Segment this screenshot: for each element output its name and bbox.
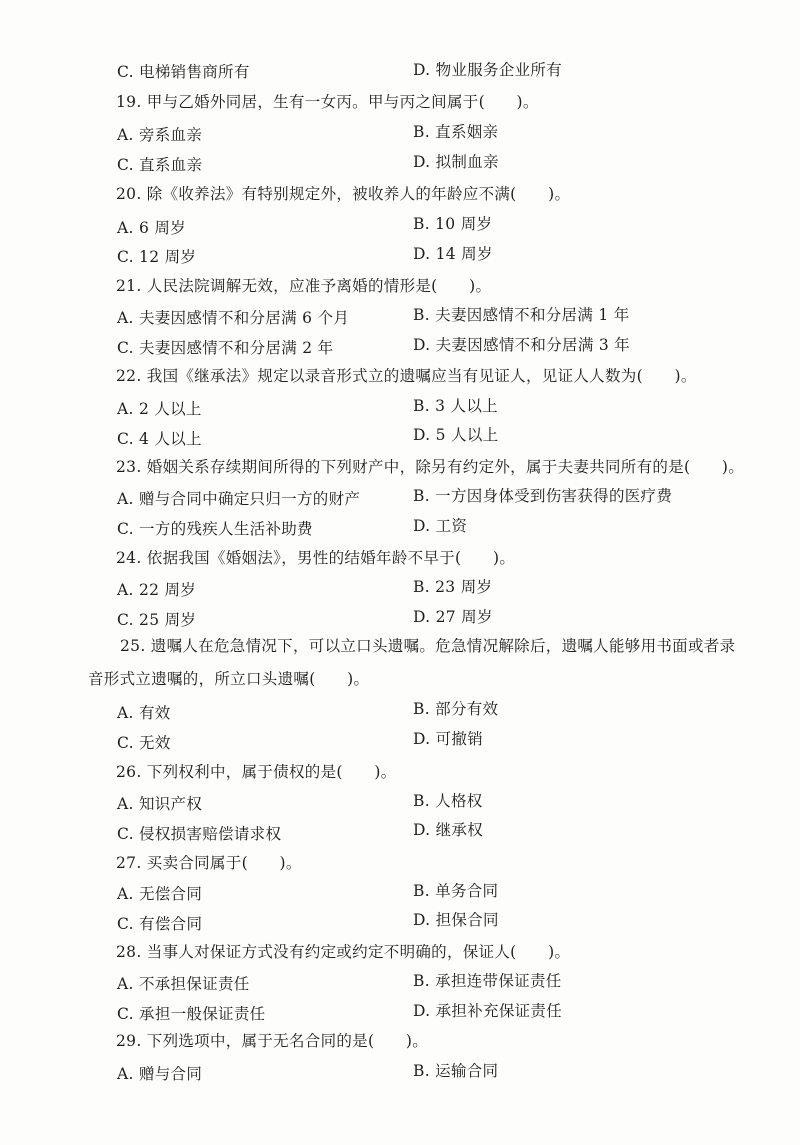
question-stem: 19. 甲与乙婚外同居，生有一女丙。甲与丙之间属于( )。 bbox=[116, 92, 539, 112]
question-stem-continuation: 音形式立遗嘱的，所立口头遗嘱( )。 bbox=[88, 669, 369, 689]
answer-option: D. 工资 bbox=[413, 516, 467, 536]
question-stem: 24. 依据我国《婚姻法》，男性的结婚年龄不早于( )。 bbox=[116, 548, 515, 568]
answer-option: C. 侵权损害赔偿请求权 bbox=[117, 824, 281, 844]
answer-option: B. 一方因身体受到伤害获得的医疗费 bbox=[413, 486, 672, 506]
answer-option: C. 承担一般保证责任 bbox=[117, 1004, 265, 1024]
answer-option: D. 继承权 bbox=[413, 820, 483, 840]
answer-option: D. 承担补充保证责任 bbox=[413, 1001, 562, 1021]
answer-option: D. 可撤销 bbox=[413, 729, 483, 749]
question-stem: 27. 买卖合同属于( )。 bbox=[116, 853, 302, 873]
answer-option: B. 人格权 bbox=[413, 791, 483, 811]
answer-option: D. 14 周岁 bbox=[413, 244, 493, 264]
question-stem: 26. 下列权利中，属于债权的是( )。 bbox=[116, 762, 396, 782]
answer-option: A. 知识产权 bbox=[117, 794, 202, 814]
answer-option: C. 12 周岁 bbox=[117, 247, 196, 267]
answer-option: B. 部分有效 bbox=[413, 699, 498, 719]
answer-option: D. 夫妻因感情不和分居满 3 年 bbox=[413, 335, 630, 355]
answer-option: B. 3 人以上 bbox=[413, 396, 498, 416]
question-stem: 21. 人民法院调解无效，应准予离婚的情形是( )。 bbox=[116, 276, 491, 296]
answer-option: B. 夫妻因感情不和分居满 1 年 bbox=[413, 305, 630, 325]
question-stem: 25. 遗嘱人在危急情况下，可以立口头遗嘱。危急情况解除后，遗嘱人能够用书面或者… bbox=[120, 636, 735, 656]
answer-option: C. 无效 bbox=[117, 733, 171, 753]
answer-option: B. 10 周岁 bbox=[413, 214, 492, 234]
answer-option: A. 不承担保证责任 bbox=[117, 974, 250, 994]
answer-option: C. 夫妻因感情不和分居满 2 年 bbox=[117, 338, 333, 358]
answer-option: A. 22 周岁 bbox=[117, 580, 196, 600]
answer-option: C. 4 人以上 bbox=[117, 429, 202, 449]
question-stem: 28. 当事人对保证方式没有约定或约定不明确的，保证人( )。 bbox=[116, 942, 570, 962]
answer-option: B. 单务合同 bbox=[413, 881, 498, 901]
answer-option: A. 6 周岁 bbox=[117, 218, 186, 238]
answer-option: D. 5 人以上 bbox=[413, 425, 498, 445]
answer-option: D. 担保合同 bbox=[413, 910, 499, 930]
question-stem: 20. 除《收养法》有特别规定外，被收养人的年龄应不满( )。 bbox=[116, 184, 570, 204]
answer-option: A. 有效 bbox=[117, 703, 171, 723]
question-stem: 22. 我国《继承法》规定以录音形式立的遗嘱应当有见证人，见证人人数为( )。 bbox=[116, 366, 697, 386]
answer-option: A. 无偿合同 bbox=[117, 884, 202, 904]
answer-option: C. 电梯销售商所有 bbox=[117, 62, 250, 82]
answer-option: B. 运输合同 bbox=[413, 1061, 498, 1081]
answer-option: D. 拟制血亲 bbox=[413, 152, 499, 172]
question-stem: 23. 婚姻关系存续期间所得的下列财产中，除另有约定外，属于夫妻共同所有的是( … bbox=[116, 457, 744, 477]
answer-option: C. 一方的残疾人生活补助费 bbox=[117, 519, 313, 539]
answer-option: A. 夫妻因感情不和分居满 6 个月 bbox=[117, 308, 349, 328]
answer-option: B. 直系姻亲 bbox=[413, 122, 498, 142]
question-stem: 29. 下列选项中，属于无名合同的是( )。 bbox=[116, 1031, 428, 1051]
answer-option: C. 25 周岁 bbox=[117, 610, 196, 630]
answer-option: B. 承担连带保证责任 bbox=[413, 971, 562, 991]
answer-option: A. 赠与合同 bbox=[117, 1064, 202, 1084]
answer-option: A. 旁系血亲 bbox=[117, 125, 202, 145]
answer-option: C. 直系血亲 bbox=[117, 155, 202, 175]
answer-option: C. 有偿合同 bbox=[117, 914, 202, 934]
answer-option: A. 2 人以上 bbox=[117, 399, 202, 419]
answer-option: D. 物业服务企业所有 bbox=[413, 60, 562, 80]
exam-page: C. 电梯销售商所有D. 物业服务企业所有19. 甲与乙婚外同居，生有一女丙。甲… bbox=[0, 0, 800, 1145]
answer-option: A. 赠与合同中确定只归一方的财产 bbox=[117, 489, 360, 509]
answer-option: B. 23 周岁 bbox=[413, 577, 492, 597]
answer-option: D. 27 周岁 bbox=[413, 607, 493, 627]
